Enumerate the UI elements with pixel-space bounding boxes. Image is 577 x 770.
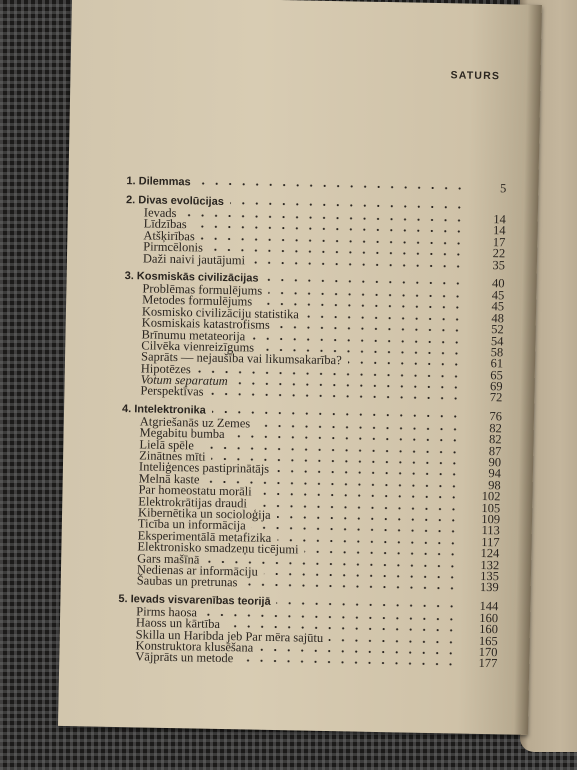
dot-leader xyxy=(276,326,464,332)
running-head: SATURS xyxy=(450,69,500,82)
dot-leader xyxy=(329,639,458,643)
dot-leader xyxy=(265,279,465,285)
dot-leader xyxy=(275,470,461,476)
chapter-title: 1. Dilemmas xyxy=(126,175,190,189)
dot-leader xyxy=(244,584,459,590)
dot-leader xyxy=(230,202,466,209)
page-number: 139 xyxy=(469,582,499,594)
page-number xyxy=(476,201,506,202)
dot-leader xyxy=(196,182,466,189)
book-page: SATURS 1. Dilemmas 5 2. Divas evolūcijas… xyxy=(58,0,542,735)
entry-title: Perspektīvas xyxy=(140,386,203,399)
dot-leader xyxy=(268,292,464,298)
entry-title: Daži naivi jautājumi xyxy=(143,253,245,266)
dot-leader xyxy=(276,602,458,607)
dot-leader xyxy=(239,660,457,666)
dot-leader xyxy=(209,393,462,400)
entry-title: Šaubas un pretrunas xyxy=(137,576,238,589)
toc-chapter: 1. Dilemmas 5 xyxy=(126,175,446,194)
dot-leader xyxy=(251,261,465,267)
entry-title: Vājprāts un metode xyxy=(135,652,233,665)
dot-leader xyxy=(264,573,459,579)
dot-leader xyxy=(348,362,463,366)
table-of-contents: 1. Dilemmas 5 2. Divas evolūcijas Ievads… xyxy=(117,175,446,669)
dot-leader xyxy=(304,551,459,556)
page-number: 35 xyxy=(475,259,505,271)
page-number: 72 xyxy=(472,392,502,404)
page-number: 177 xyxy=(467,658,497,670)
dot-leader xyxy=(259,649,457,655)
page-number: 5 xyxy=(476,182,506,196)
dot-leader xyxy=(277,516,460,522)
dot-leader xyxy=(278,539,460,544)
dot-leader xyxy=(305,315,464,320)
